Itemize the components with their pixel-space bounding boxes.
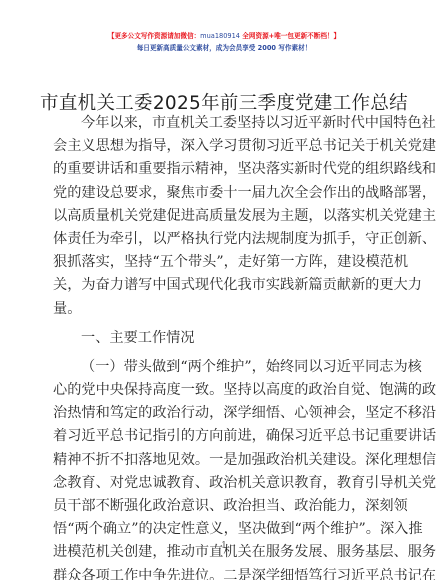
paragraph-line: 着习近平总书记指引的方向前进，确保习近平总书记重要讲话 <box>53 425 398 448</box>
promo-text-left: 【更多公文写作资源请加微信： <box>108 32 200 40</box>
paragraph-line: 精神不折不扣落地见效。一是加强政治机关建设。深化理想信 <box>53 449 398 472</box>
paragraph-line: 的重要讲话和重要指示精神，坚决落实新时代党的组织路线和 <box>53 158 398 181</box>
paragraph-line: 念教育、对党忠诚教育、政治机关意识教育，教育引导机关党 <box>53 472 398 495</box>
wechat-id: mua180914 <box>200 32 240 40</box>
document-page: 【更多公文写作资源请加微信：mua180914 全网资源+唯一包更新不断档！】 … <box>0 0 448 580</box>
paragraph-line: 心的党中央保持高度一致。坚持以高度的政治自觉、饱满的政 <box>53 379 398 402</box>
document-body: 今年以来，市直机关工委坚持以习近平新时代中国特色社 会主义思想为指导，深入学习贯… <box>53 112 398 580</box>
paragraph-line: 党的建设总要求，聚焦市委十一届九次全会作出的战略部署， <box>53 182 398 205</box>
paragraph-line: 今年以来，市直机关工委坚持以习近平新时代中国特色社 <box>53 112 398 135</box>
section-heading: 一、主要工作情况 <box>53 327 398 350</box>
paragraph-line: 量。 <box>53 298 398 321</box>
promo-text-right: 全网资源+唯一包更新不断档！】 <box>240 32 340 40</box>
paragraph-line: 会主义思想为指导，深入学习贯彻习近平总书记关于机关党建 <box>53 135 398 158</box>
subsection-heading-line: （一）带头做到“两个维护”，始终同以习近平同志为核 <box>53 356 398 379</box>
paragraph-line: 员干部不断强化政治意识、政治担当、政治能力，深刻领 <box>53 495 398 518</box>
paragraph-line: 狠抓落实，坚持“五个带头”，走好第一方阵，建设模范机 <box>53 251 398 274</box>
paragraph-line: 悟“两个确立”的决定性意义，坚决做到“两个维护”。深入推 <box>53 518 398 541</box>
promo-banner-line-2: 每日更新高质量公文素材，成为会员享受 2000 写作素材！ <box>0 42 448 52</box>
promo-banner-line-1: 【更多公文写作资源请加微信：mua180914 全网资源+唯一包更新不断档！】 <box>0 30 448 40</box>
paragraph-line: 关，为奋力谱写中国式现代化我市实践新篇贡献新的更大力 <box>53 274 398 297</box>
paragraph-line: 群众各项工作中争先进位。二是深学细悟笃行习近平总书记在 <box>53 565 398 580</box>
paragraph-line: 体责任为牵引，以严格执行党内法规制度为抓手，守正创新、 <box>53 228 398 251</box>
paragraph-line: 治热情和笃定的政治行动，深学细悟、心领神会，坚定不移沿 <box>53 402 398 425</box>
page-number: 1 <box>0 541 448 551</box>
paragraph-line: 以高质量机关党建促进高质量发展为主题，以落实机关党建主 <box>53 205 398 228</box>
